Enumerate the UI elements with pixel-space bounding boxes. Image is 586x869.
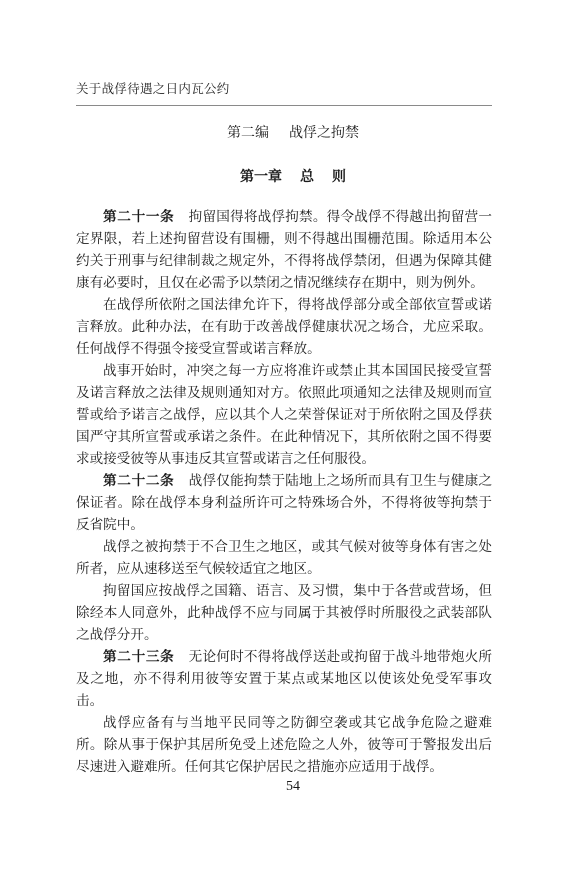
article-number: 第二十三条 [103,649,174,665]
paragraph: 战俘应备有与当地平民同等之防御空袭或其它战争危险之避难所。除从事于保护其居所免受… [76,712,492,778]
chapter-name-1: 总 [300,169,314,185]
paragraph: 战事开始时，冲突之每一方应将准许或禁止其本国国民接受宣誓及诺言释放之法律及规则通… [76,360,492,470]
chapter-number: 第一章 [240,169,282,185]
body-text: 第二十一条拘留国得将战俘拘禁。得令战俘不得越出拘留营一定界限，若上述拘留营设有围… [76,206,492,778]
header-rule [76,105,492,106]
chapter-title: 第一章总则 [0,167,586,187]
part-number: 第二编 [227,125,269,141]
article-number: 第二十一条 [103,209,174,225]
part-name: 战俘之拘禁 [289,125,359,141]
paragraph-text: 在战俘所依附之国法律允许下，得将战俘部分或全部依宣誓或诺言释放。此种办法，在有助… [76,297,492,357]
paragraph-text: 战俘之被拘禁于不合卫生之地区，或其气候对彼等身体有害之处所者，应从速移送至气候较… [76,539,492,577]
chapter-name-2: 则 [332,169,346,185]
paragraph-text: 战俘应备有与当地平民同等之防御空袭或其它战争危险之避难所。除从事于保护其居所免受… [76,715,492,775]
article-number: 第二十二条 [103,473,174,489]
paragraph-article-22: 第二十二条战俘仅能拘禁于陆地上之场所而具有卫生与健康之保证者。除在战俘本身利益所… [76,470,492,536]
paragraph-article-23: 第二十三条无论何时不得将战俘送赴或拘留于战斗地带炮火所及之地，亦不得利用彼等安置… [76,646,492,712]
paragraph-text: 拘留国应按战俘之国籍、语言、及习惯，集中于各营或营场，但除经本人同意外，此种战俘… [76,583,492,643]
paragraph: 战俘之被拘禁于不合卫生之地区，或其气候对彼等身体有害之处所者，应从速移送至气候较… [76,536,492,580]
paragraph: 拘留国应按战俘之国籍、语言、及习惯，集中于各营或营场，但除经本人同意外，此种战俘… [76,580,492,646]
paragraph: 在战俘所依附之国法律允许下，得将战俘部分或全部依宣誓或诺言释放。此种办法，在有助… [76,294,492,360]
page-number: 54 [0,778,586,796]
paragraph-text: 战事开始时，冲突之每一方应将准许或禁止其本国国民接受宣誓及诺言释放之法律及规则通… [76,363,492,467]
part-title: 第二编战俘之拘禁 [0,123,586,143]
paragraph-article-21: 第二十一条拘留国得将战俘拘禁。得令战俘不得越出拘留营一定界限，若上述拘留营设有围… [76,206,492,294]
running-header: 关于战俘待遇之日内瓦公约 [76,81,230,97]
